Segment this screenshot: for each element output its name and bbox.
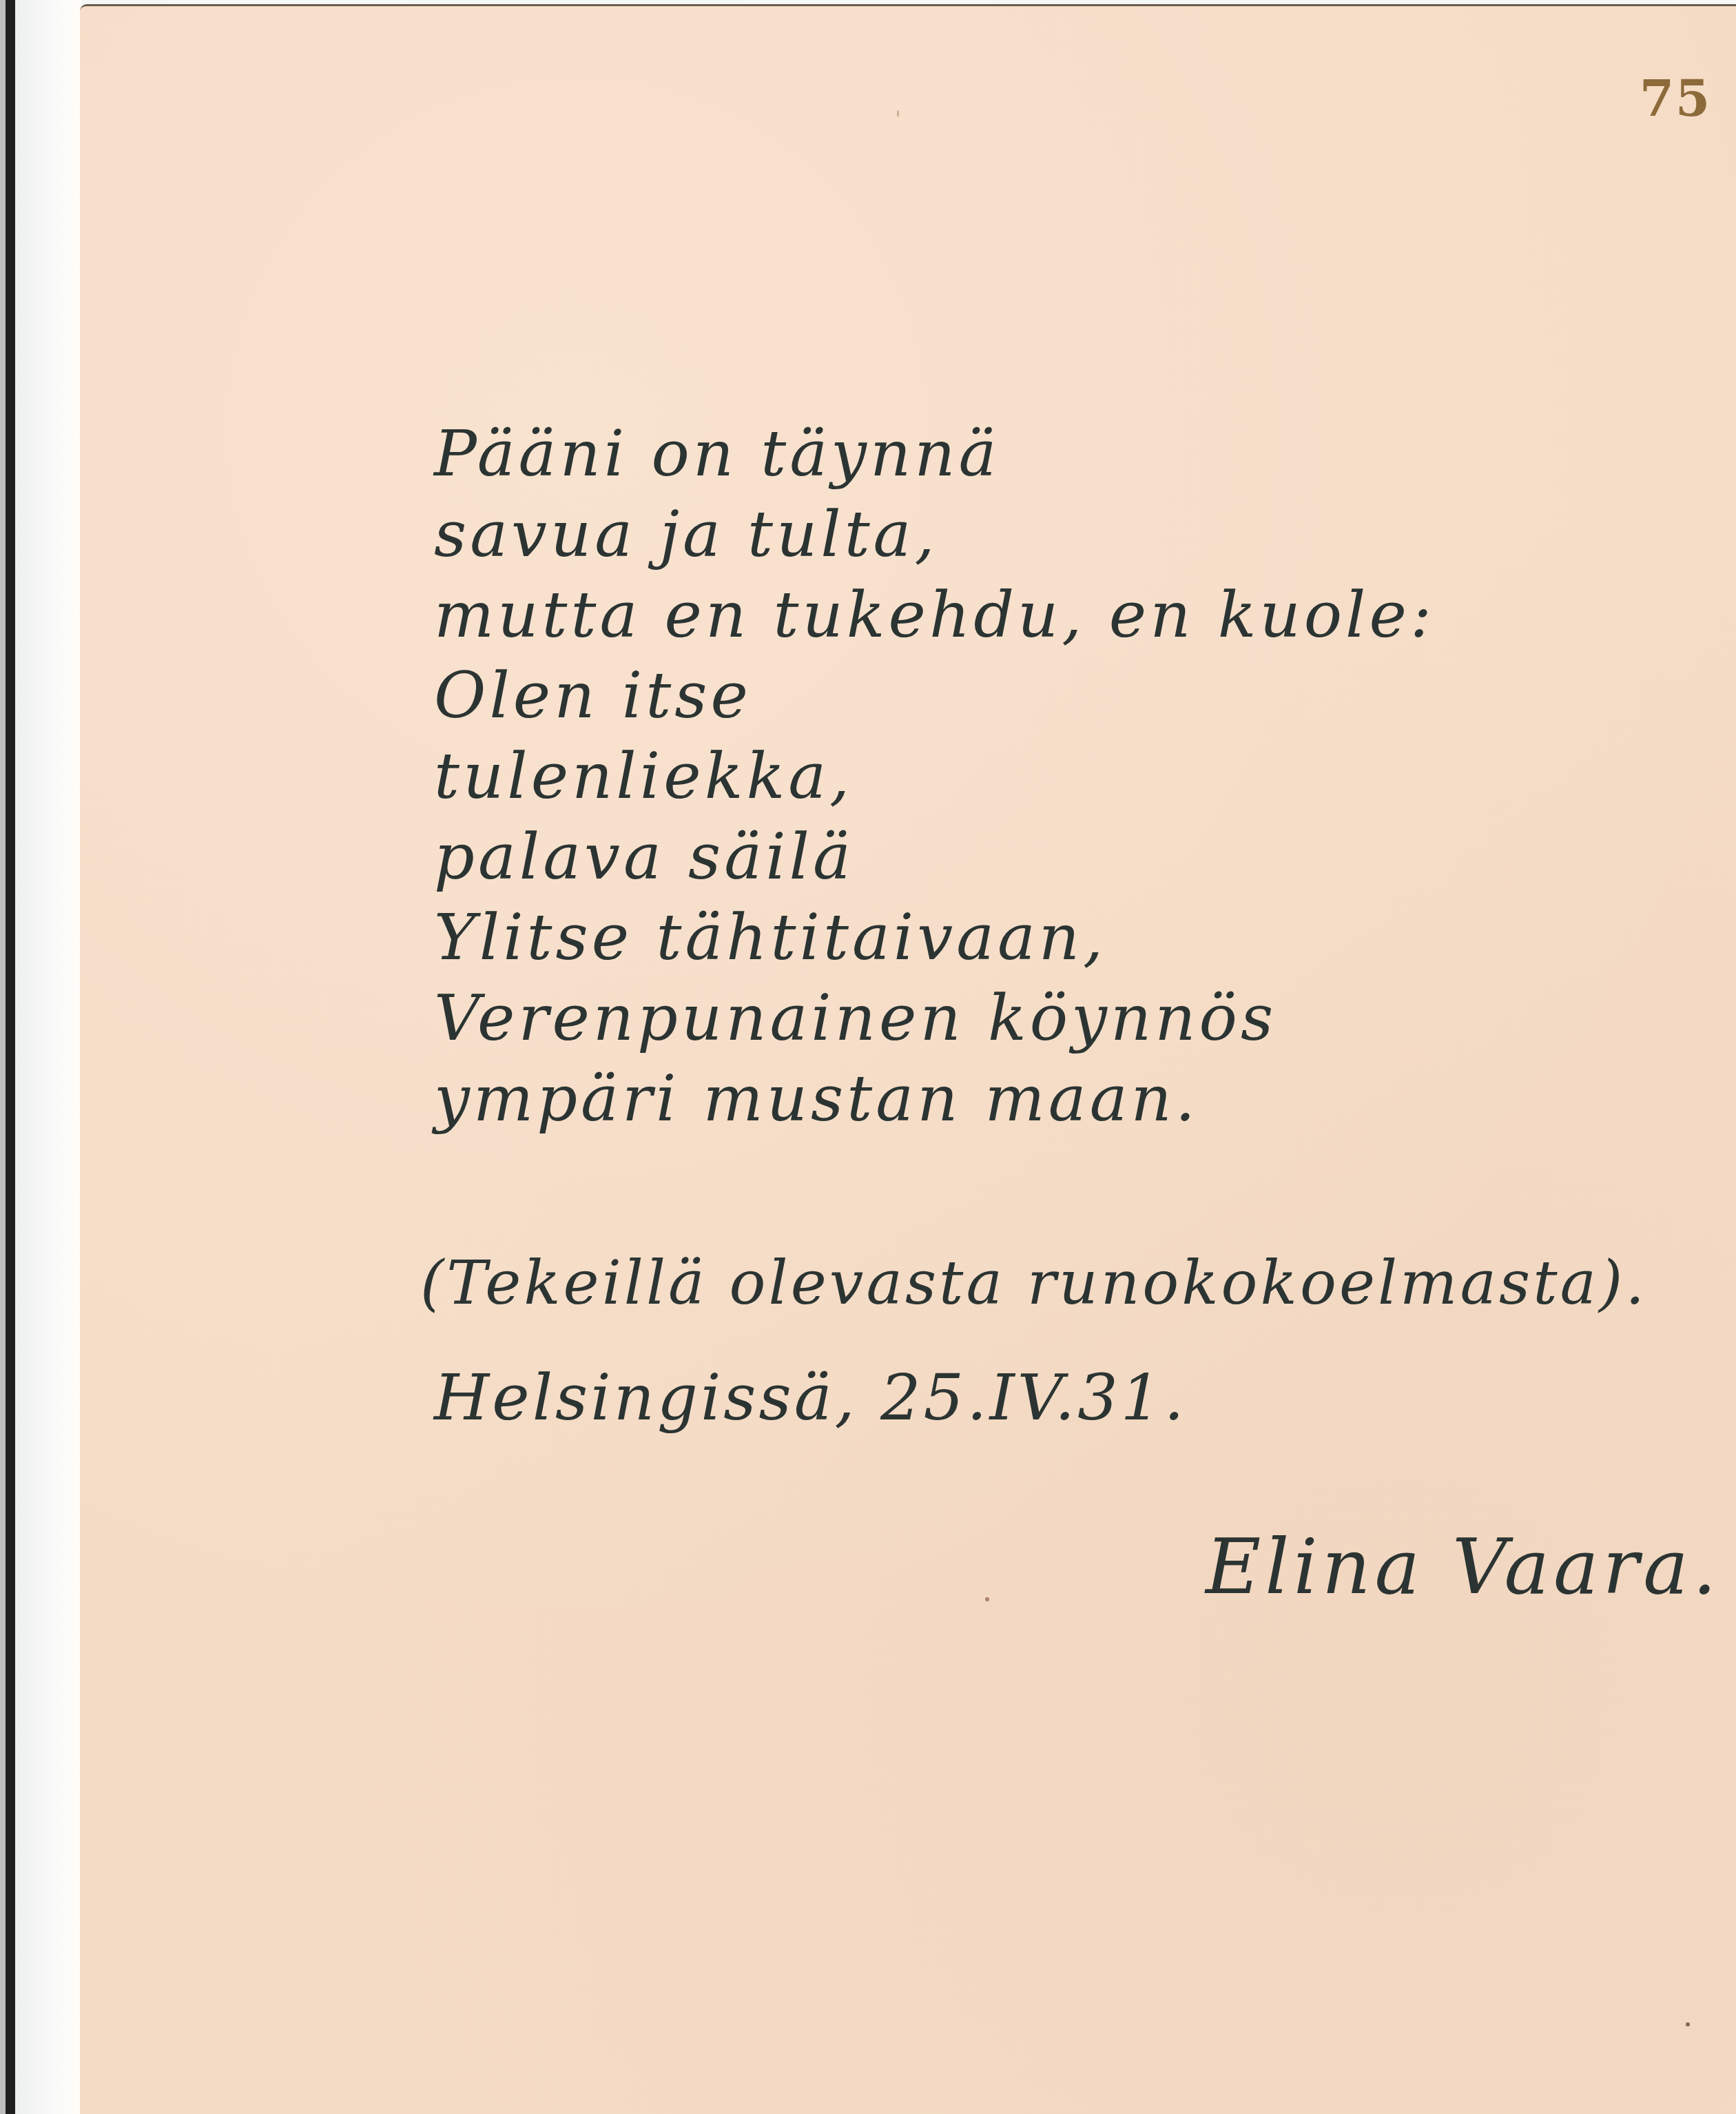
page-number: 75 (1640, 69, 1711, 127)
scan-edge-black (6, 0, 15, 2114)
signature: Elina Vaara. (1206, 1523, 1721, 1611)
poem-line: tulenliekka, (434, 736, 1435, 817)
scan-margin (15, 0, 81, 2114)
poem-line: Olen itse (434, 655, 1435, 736)
poem-line: Verenpunainen köynnös (434, 978, 1435, 1058)
poem-line: mutta en tukehdu, en kuole: (434, 575, 1435, 655)
place-date: Helsingissä, 25.IV.31. (434, 1361, 1187, 1435)
poem-line: Pääni on täynnä (434, 413, 1435, 494)
poem-line: ympäri mustan maan. (434, 1058, 1435, 1139)
poem-line: savua ja tulta, (434, 494, 1435, 575)
poem-line: palava säilä (434, 817, 1435, 897)
paper-speck (1686, 2022, 1690, 2026)
paper-speck (897, 110, 899, 117)
paper-speck (985, 1597, 989, 1601)
poem: Pääni on täynnä savua ja tulta, mutta en… (434, 413, 1435, 1139)
source-note: (Tekeillä olevasta runokokoelmasta). (420, 1247, 1647, 1318)
scan-edge-gray (0, 0, 6, 2114)
poem-line: Ylitse tähtitaivaan, (434, 897, 1435, 978)
